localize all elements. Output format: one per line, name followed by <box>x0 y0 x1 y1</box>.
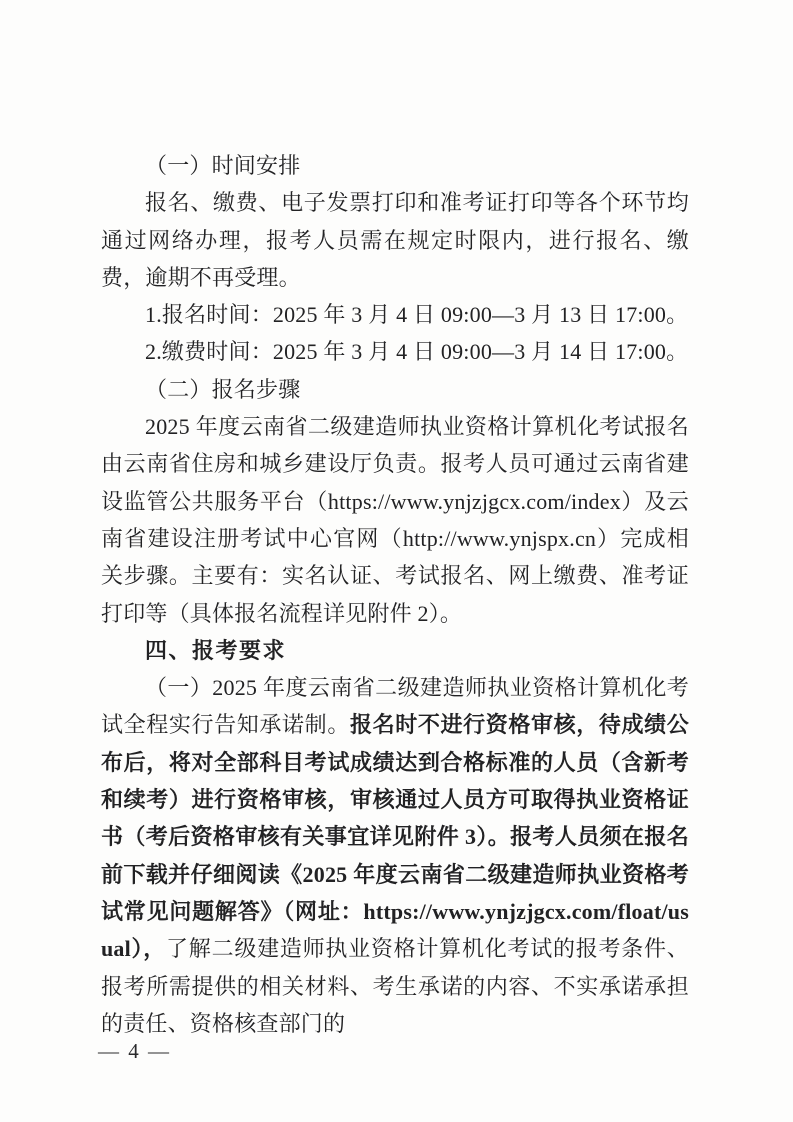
requirements-bold-closing: ）， <box>131 936 166 961</box>
url-supervision-platform: https://www.ynjzjgcx.com/index <box>328 489 621 514</box>
section-heading-requirements: 四、报考要求 <box>101 632 689 669</box>
paragraph-time-intro: 报名、缴费、电子发票打印和准考证打印等各个环节均通过网络办理，报考人员需在规定时… <box>101 184 689 296</box>
requirements-bold-notice: 报名时不进行资格审核，待成绩公布后，将对全部科目考试成绩达到合格标准的人员（含新… <box>101 712 689 923</box>
paragraph-requirements: （一）2025 年度云南省二级建造师执业资格计算机化考试全程实行告知承诺制。报名… <box>101 669 689 1042</box>
url-exam-center-site: http://www.ynjspx.cn <box>403 526 596 551</box>
document-content: （一）时间安排 报名、缴费、电子发票打印和准考证打印等各个环节均通过网络办理，报… <box>101 147 689 1042</box>
page-number: — 4 — <box>98 1039 171 1064</box>
line-payment-time: 2.缴费时间：2025 年 3 月 4 日 09:00—3 月 14 日 17:… <box>101 333 689 370</box>
subsection-heading-registration-steps: （二）报名步骤 <box>101 371 689 408</box>
scanned-document-page: （一）时间安排 报名、缴费、电子发票打印和准考证打印等各个环节均通过网络办理，报… <box>0 0 793 1122</box>
line-registration-time: 1.报名时间：2025 年 3 月 4 日 09:00—3 月 13 日 17:… <box>101 296 689 333</box>
paragraph-registration-steps: 2025 年度云南省二级建造师执业资格计算机化考试报名由云南省住房和城乡建设厅负… <box>101 408 689 632</box>
requirements-tail-text: 了解二级建造师执业资格计算机化考试的报考条件、报考所需提供的相关材料、考生承诺的… <box>101 936 689 1036</box>
subsection-heading-time-arrangement: （一）时间安排 <box>101 147 689 184</box>
